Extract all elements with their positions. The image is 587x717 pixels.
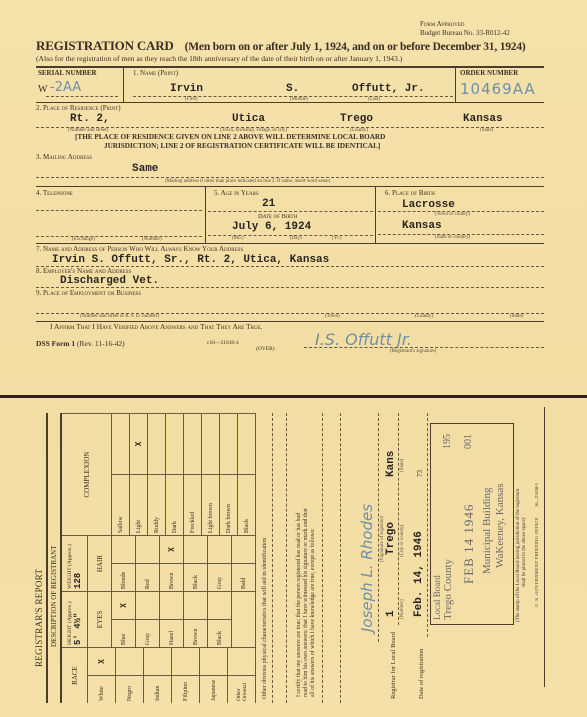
age-value: 21 xyxy=(262,198,275,210)
board-city: Trego xyxy=(385,522,397,555)
hair-blonde-box[interactable] xyxy=(112,535,136,563)
certify-line-2: read to him his own answers; that I have… xyxy=(303,508,310,697)
hair-option-brown: Brown xyxy=(160,563,184,591)
registrar-certification: I certify that my answers are true; that… xyxy=(296,508,317,697)
contact-person-label: 7. Name and Address of Person Who Will A… xyxy=(36,245,243,253)
employment-state-caption: (State) xyxy=(510,314,523,319)
order-number-label: ORDER NUMBER xyxy=(460,69,518,77)
signature-caption: (Registrant's signature) xyxy=(390,349,436,354)
eyes-option-blue: Blue xyxy=(112,619,136,647)
complexion-sallow-box[interactable] xyxy=(112,413,130,474)
registrars-report-title: REGISTRAR'S REPORT xyxy=(34,569,44,667)
height-value: 5' 4½" xyxy=(73,613,83,645)
mailing-caption: (Mailing address if other than place ind… xyxy=(165,179,330,184)
registrars-report-panel: REGISTRAR'S REPORT DESCRIPTION OF REGIST… xyxy=(0,400,587,717)
eyes-hazel-box[interactable] xyxy=(160,591,184,619)
complexion-option-ruddy: Ruddy xyxy=(148,474,166,535)
divider xyxy=(375,186,376,244)
hair-brown-mark[interactable]: X xyxy=(160,535,184,563)
stamp-caption-1: (The stamp of the Local Board having jur… xyxy=(516,489,521,622)
other-characteristics-line xyxy=(272,413,273,703)
stamp-line-county: Trego County xyxy=(442,559,454,620)
registrar-label: Registrar for Local Board xyxy=(390,632,397,699)
date-of-registration-label: Date of registration xyxy=(418,648,425,699)
eyes-empty-cell xyxy=(232,591,256,647)
race-option-other-oriental: Other Oriental xyxy=(228,675,256,703)
hair-option-gray: Gray xyxy=(208,563,232,591)
telephone-line xyxy=(36,210,202,211)
divider xyxy=(123,68,124,102)
form-revision: (Rev. 11-16-42) xyxy=(77,339,125,348)
race-option-indian: Indian xyxy=(144,675,172,703)
employment-county-caption: (County) xyxy=(415,314,433,319)
day-caption: (Day) xyxy=(290,236,302,241)
hair-bald-box[interactable] xyxy=(232,535,256,563)
complexion-dark-box[interactable] xyxy=(166,413,184,474)
birthplace-town-value: Lacrosse xyxy=(402,199,455,211)
employment-street-caption: (Number and street or R. F. D. number) xyxy=(80,314,159,319)
birthplace-town-caption: (Town or county) xyxy=(435,212,470,217)
report-rule xyxy=(46,413,48,703)
print-code: c16—21630-4 xyxy=(207,340,239,346)
board-number: 1 xyxy=(385,610,397,617)
residence-street-value: Rt. 2, xyxy=(70,113,110,125)
form-approved-label: Form Approved xyxy=(420,20,465,28)
hair-black-box[interactable] xyxy=(184,535,208,563)
age-label: 5. Age in Years xyxy=(214,189,259,197)
stamp-line-local-board: Local Board xyxy=(432,575,442,620)
eyes-option-black: Black xyxy=(208,619,232,647)
registrar-signature-line xyxy=(378,413,379,642)
board-number-caption: (Number) xyxy=(400,599,405,619)
form-id: DSS Form 1 (Rev. 11-16-42) xyxy=(36,339,125,348)
residence-notice-line1: [THE PLACE OF RESIDENCE GIVEN ON LINE 2 … xyxy=(75,133,385,141)
certify-line-1: I certify that my answers are true; that… xyxy=(296,508,303,697)
complexion-option-sallow: Sallow xyxy=(112,474,130,535)
complexion-option-dark-brown: Dark brown xyxy=(220,474,238,535)
complexion-freckled-box[interactable] xyxy=(184,413,202,474)
certify-line-3: all of his answers of which I have knowl… xyxy=(310,508,317,697)
complexion-light-brown-box[interactable] xyxy=(202,413,220,474)
stamp-code-bottom: 001 xyxy=(463,434,474,449)
mailing-line xyxy=(36,177,544,178)
stamp-caption-2: shall be placed in the above space) xyxy=(522,518,527,587)
gpo-rule xyxy=(544,407,545,687)
order-number-value: 10469AA xyxy=(460,80,536,98)
form-id-label: DSS Form 1 xyxy=(36,339,75,348)
race-option-filipino: Filipino xyxy=(172,675,200,703)
divider xyxy=(455,68,456,102)
date-line xyxy=(427,413,428,637)
birthplace-state-caption: (State or country) xyxy=(435,235,470,240)
gpo-code: 16—21630-1 xyxy=(534,483,539,507)
eyes-option-hazel: Hazel xyxy=(160,619,184,647)
complexion-ruddy-box[interactable] xyxy=(148,413,166,474)
complexion-option-light: Light xyxy=(130,474,148,535)
eyes-black-box[interactable] xyxy=(208,591,232,619)
stamp-line-city: WaKeeney, Kansas xyxy=(494,483,506,568)
hair-option-bald: Bald xyxy=(232,563,256,591)
employer-value: Discharged Vet. xyxy=(60,275,159,287)
race-option-negro: Negro xyxy=(116,675,144,703)
state-caption: (State) xyxy=(480,128,493,133)
mailing-address-value: Same xyxy=(132,163,158,175)
weight-value: 128 xyxy=(73,573,83,589)
date-of-registration-value: Feb. 14, 1946 xyxy=(413,531,425,617)
first-name-value: Irvin xyxy=(170,83,203,95)
card-title-main: REGISTRATION CARD xyxy=(36,38,174,53)
serial-prefix: W xyxy=(38,84,47,95)
registration-card: Form Approved Budget Bureau No. 33-R012-… xyxy=(0,0,587,717)
eyes-gray-box[interactable] xyxy=(136,591,160,619)
employment-place-label: 9. Place of Employment or Business xyxy=(36,289,141,297)
eyes-blue-mark[interactable]: X xyxy=(112,591,136,619)
complexion-option-black: Black xyxy=(238,474,256,535)
complexion-black-box[interactable] xyxy=(238,413,256,474)
over-label: (OVER) xyxy=(256,346,275,352)
number-caption: (Number) xyxy=(142,237,162,242)
eyes-header: EYES xyxy=(88,591,112,647)
residence-state-value: Kansas xyxy=(463,113,503,125)
race-japanese-box[interactable] xyxy=(200,647,228,675)
employer-label: 8. Employer's Name and Address xyxy=(36,267,131,275)
employer-line xyxy=(36,287,544,288)
exchange-caption: (Exchange) xyxy=(72,237,95,242)
birthplace-label: 6. Place of Birth xyxy=(385,189,435,197)
month-caption: (Mo.) xyxy=(232,236,244,241)
weight-field: WEIGHT (Approx.) 128 xyxy=(62,535,88,591)
exceptions-line-2 xyxy=(340,413,341,703)
race-indian-box[interactable] xyxy=(144,647,172,675)
gpo-label: U. S. GOVERNMENT PRINTING OFFICE xyxy=(534,517,539,607)
race-option-white: White xyxy=(88,675,116,703)
stamp-code-top: 195 xyxy=(442,434,453,449)
board-state: Kans xyxy=(385,451,397,477)
serial-number-label: SERIAL NUMBER xyxy=(38,69,97,77)
description-subtitle: DESCRIPTION OF REGISTRANT xyxy=(50,545,58,647)
complexion-light-mark[interactable]: X xyxy=(130,413,148,474)
complexion-option-freckled: Freckled xyxy=(184,474,202,535)
card-title: REGISTRATION CARD (Men born on or after … xyxy=(36,38,526,54)
telephone-label: 4. Telephone xyxy=(36,189,73,197)
row-rule xyxy=(36,243,544,244)
complexion-option-dark: Dark xyxy=(166,474,184,535)
date-extra-number: 73 xyxy=(416,470,424,477)
board-state-caption: (State) xyxy=(400,459,405,472)
residence-notice-line2: JURISDICTION; LINE 2 OF REGISTRATION CER… xyxy=(104,142,380,150)
hair-option-blonde: Blonde xyxy=(112,563,136,591)
board-line xyxy=(398,413,399,625)
eyes-brown-box[interactable] xyxy=(184,591,208,619)
residence-town-value: Utica xyxy=(232,113,265,125)
row-rule xyxy=(36,102,544,103)
card-subtitle: (Also for the registration of men as the… xyxy=(36,54,402,63)
eyes-option-gray: Gray xyxy=(136,619,160,647)
registrar-signature: Joseph L. Rhodes xyxy=(358,504,376,632)
affirmation-text: I Affirm That I Have Verified Above Answ… xyxy=(50,322,263,331)
employment-town-caption: (Town) xyxy=(325,314,340,319)
hair-option-red: Red xyxy=(136,563,160,591)
race-filipino-box[interactable] xyxy=(172,647,200,675)
telephone-line-2 xyxy=(36,236,202,237)
hair-gray-box[interactable] xyxy=(208,535,232,563)
serial-line xyxy=(46,96,118,97)
residence-county-value: Trego xyxy=(340,113,373,125)
residence-label: 2. Place of Residence (Print) xyxy=(36,104,121,112)
name-label: 1. Name (Print) xyxy=(133,69,178,77)
race-header: RACE xyxy=(62,647,88,703)
mailing-address-label: 3. Mailing Address xyxy=(36,153,92,161)
board-city-caption: (City or county) xyxy=(400,525,405,557)
row-rule xyxy=(36,186,544,187)
contact-person-value: Irvin S. Offutt, Sr., Rt. 2, Utica, Kans… xyxy=(52,254,329,266)
signature-line xyxy=(304,347,544,348)
hair-header: HAIR xyxy=(88,535,112,591)
race-white-mark[interactable]: X xyxy=(88,647,116,675)
residence-line xyxy=(36,127,544,128)
dob-value: July 6, 1924 xyxy=(232,221,311,233)
last-name-value: Offutt, Jr. xyxy=(352,83,425,95)
local-board-stamp: Local Board Trego County 195 FEB 14 1946… xyxy=(430,423,514,625)
budget-bureau-number: Budget Bureau No. 33-R012-42 xyxy=(420,29,510,37)
year-caption: (Yr.) xyxy=(332,236,342,241)
dob-label: Date of Birth xyxy=(258,213,297,220)
height-field: HEIGHT (Approx.) 5' 4½" xyxy=(62,591,88,647)
other-characteristics-label: Other obvious physical characteristics t… xyxy=(262,538,268,699)
age-line xyxy=(208,211,373,212)
other-characteristics-line-2 xyxy=(286,413,287,703)
eyes-option-brown: Brown xyxy=(184,619,208,647)
complexion-header: COMPLEXION xyxy=(62,413,112,535)
complexion-option-light-brown: Light brown xyxy=(202,474,220,535)
exceptions-line xyxy=(322,413,323,703)
middle-name-value: S. xyxy=(286,83,299,95)
race-other-oriental-box[interactable] xyxy=(228,647,256,675)
birthplace-state-value: Kansas xyxy=(402,220,442,232)
card-title-qualifier: (Men born on or after July 1, 1924, and … xyxy=(185,41,526,53)
hair-red-box[interactable] xyxy=(136,535,160,563)
header-rule xyxy=(36,66,544,68)
stamp-date: FEB 14 1946 xyxy=(461,504,477,584)
complexion-dark-brown-box[interactable] xyxy=(220,413,238,474)
serial-number-value: -2AA xyxy=(50,80,81,95)
card-fold-separator xyxy=(0,395,587,398)
stamp-line-building: Municipal Building xyxy=(481,488,493,574)
race-option-japanese: Japanese xyxy=(200,675,228,703)
hair-option-black: Black xyxy=(184,563,208,591)
divider xyxy=(205,186,206,244)
race-negro-box[interactable] xyxy=(116,647,144,675)
